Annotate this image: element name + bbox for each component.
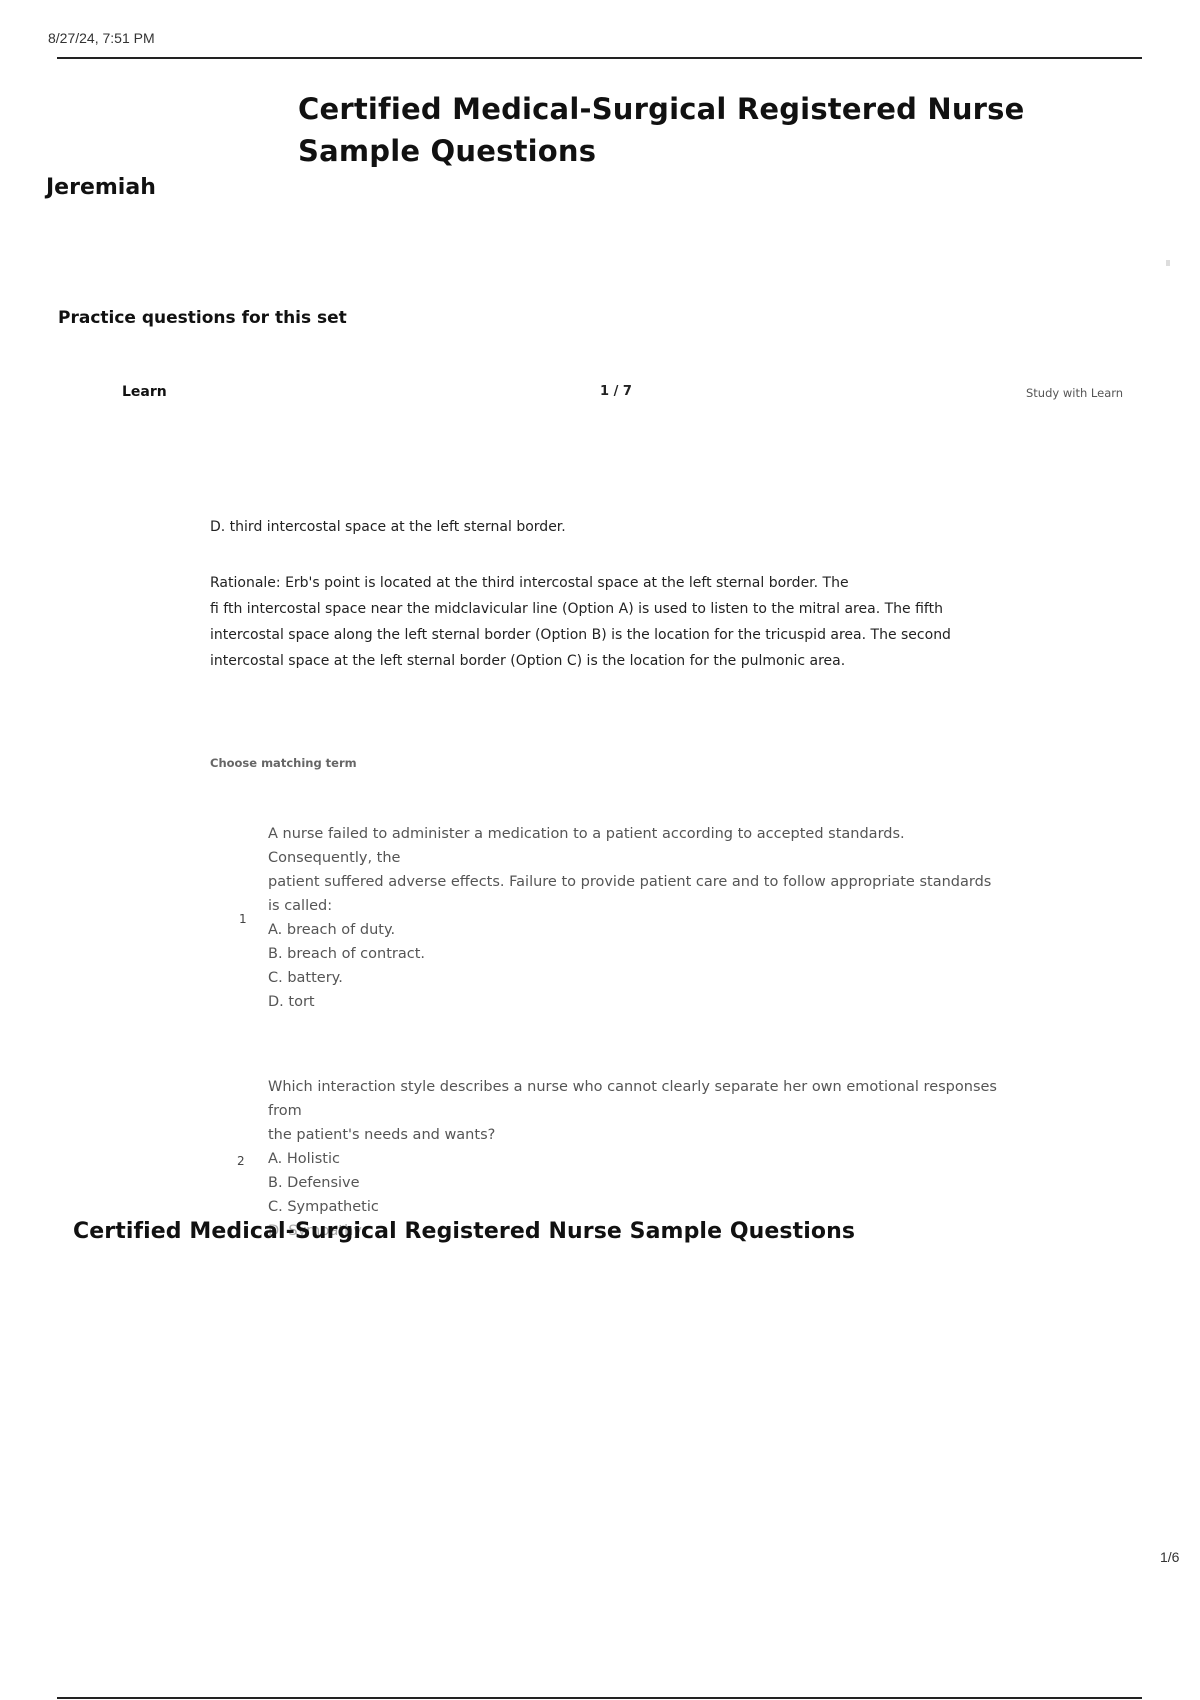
question-counter: 1 / 7 <box>600 384 632 399</box>
question-text-line: Consequently, the <box>268 846 1008 870</box>
document-title: Certified Medical-Surgical Registered Nu… <box>298 88 1118 172</box>
question-1: A nurse failed to administer a medicatio… <box>268 822 1008 1014</box>
answer-option-a[interactable]: A. breach of duty. <box>268 918 1008 942</box>
answer-option-b[interactable]: B. breach of contract. <box>268 942 1008 966</box>
scroll-marker <box>1166 260 1170 266</box>
rationale-line: Rationale: Erb's point is located at the… <box>210 570 1000 596</box>
rationale: Rationale: Erb's point is located at the… <box>210 570 1000 674</box>
answer-option-c[interactable]: C. Sympathetic <box>268 1195 1008 1219</box>
rationale-line: fi fth intercostal space near the midcla… <box>210 596 1000 622</box>
question-number: 2 <box>237 1154 245 1168</box>
footer-divider <box>57 1697 1142 1699</box>
study-with-learn-link[interactable]: Study with Learn <box>1026 386 1123 400</box>
learn-label: Learn <box>122 384 167 400</box>
rationale-line: intercostal space at the left sternal bo… <box>210 648 1000 674</box>
header-divider <box>57 57 1142 59</box>
question-text-line: patient suffered adverse effects. Failur… <box>268 870 1008 894</box>
rationale-line: intercostal space along the left sternal… <box>210 622 1000 648</box>
question-text-line: A nurse failed to administer a medicatio… <box>268 822 1008 846</box>
question-2: Which interaction style describes a nurs… <box>268 1075 1008 1243</box>
answer-option-c[interactable]: C. battery. <box>268 966 1008 990</box>
page-number: 1/6 <box>1160 1549 1179 1565</box>
print-datetime: 8/27/24, 7:51 PM <box>48 30 155 46</box>
correct-answer: D. third intercostal space at the left s… <box>210 519 566 535</box>
question-number: 1 <box>239 912 247 926</box>
answer-option-d[interactable]: D. tort <box>268 990 1008 1014</box>
footer-document-title: Certified Medical-Surgical Registered Nu… <box>73 1219 855 1244</box>
question-text-line: from <box>268 1099 1008 1123</box>
answer-option-b[interactable]: B. Defensive <box>268 1171 1008 1195</box>
author-name: Jeremiah <box>46 175 156 200</box>
question-text-line: the patient's needs and wants? <box>268 1123 1008 1147</box>
practice-heading: Practice questions for this set <box>58 308 347 328</box>
choose-matching-term-label: Choose matching term <box>210 756 357 770</box>
answer-option-a[interactable]: A. Holistic <box>268 1147 1008 1171</box>
question-text-line: is called: <box>268 894 1008 918</box>
question-text-line: Which interaction style describes a nurs… <box>268 1075 1008 1099</box>
